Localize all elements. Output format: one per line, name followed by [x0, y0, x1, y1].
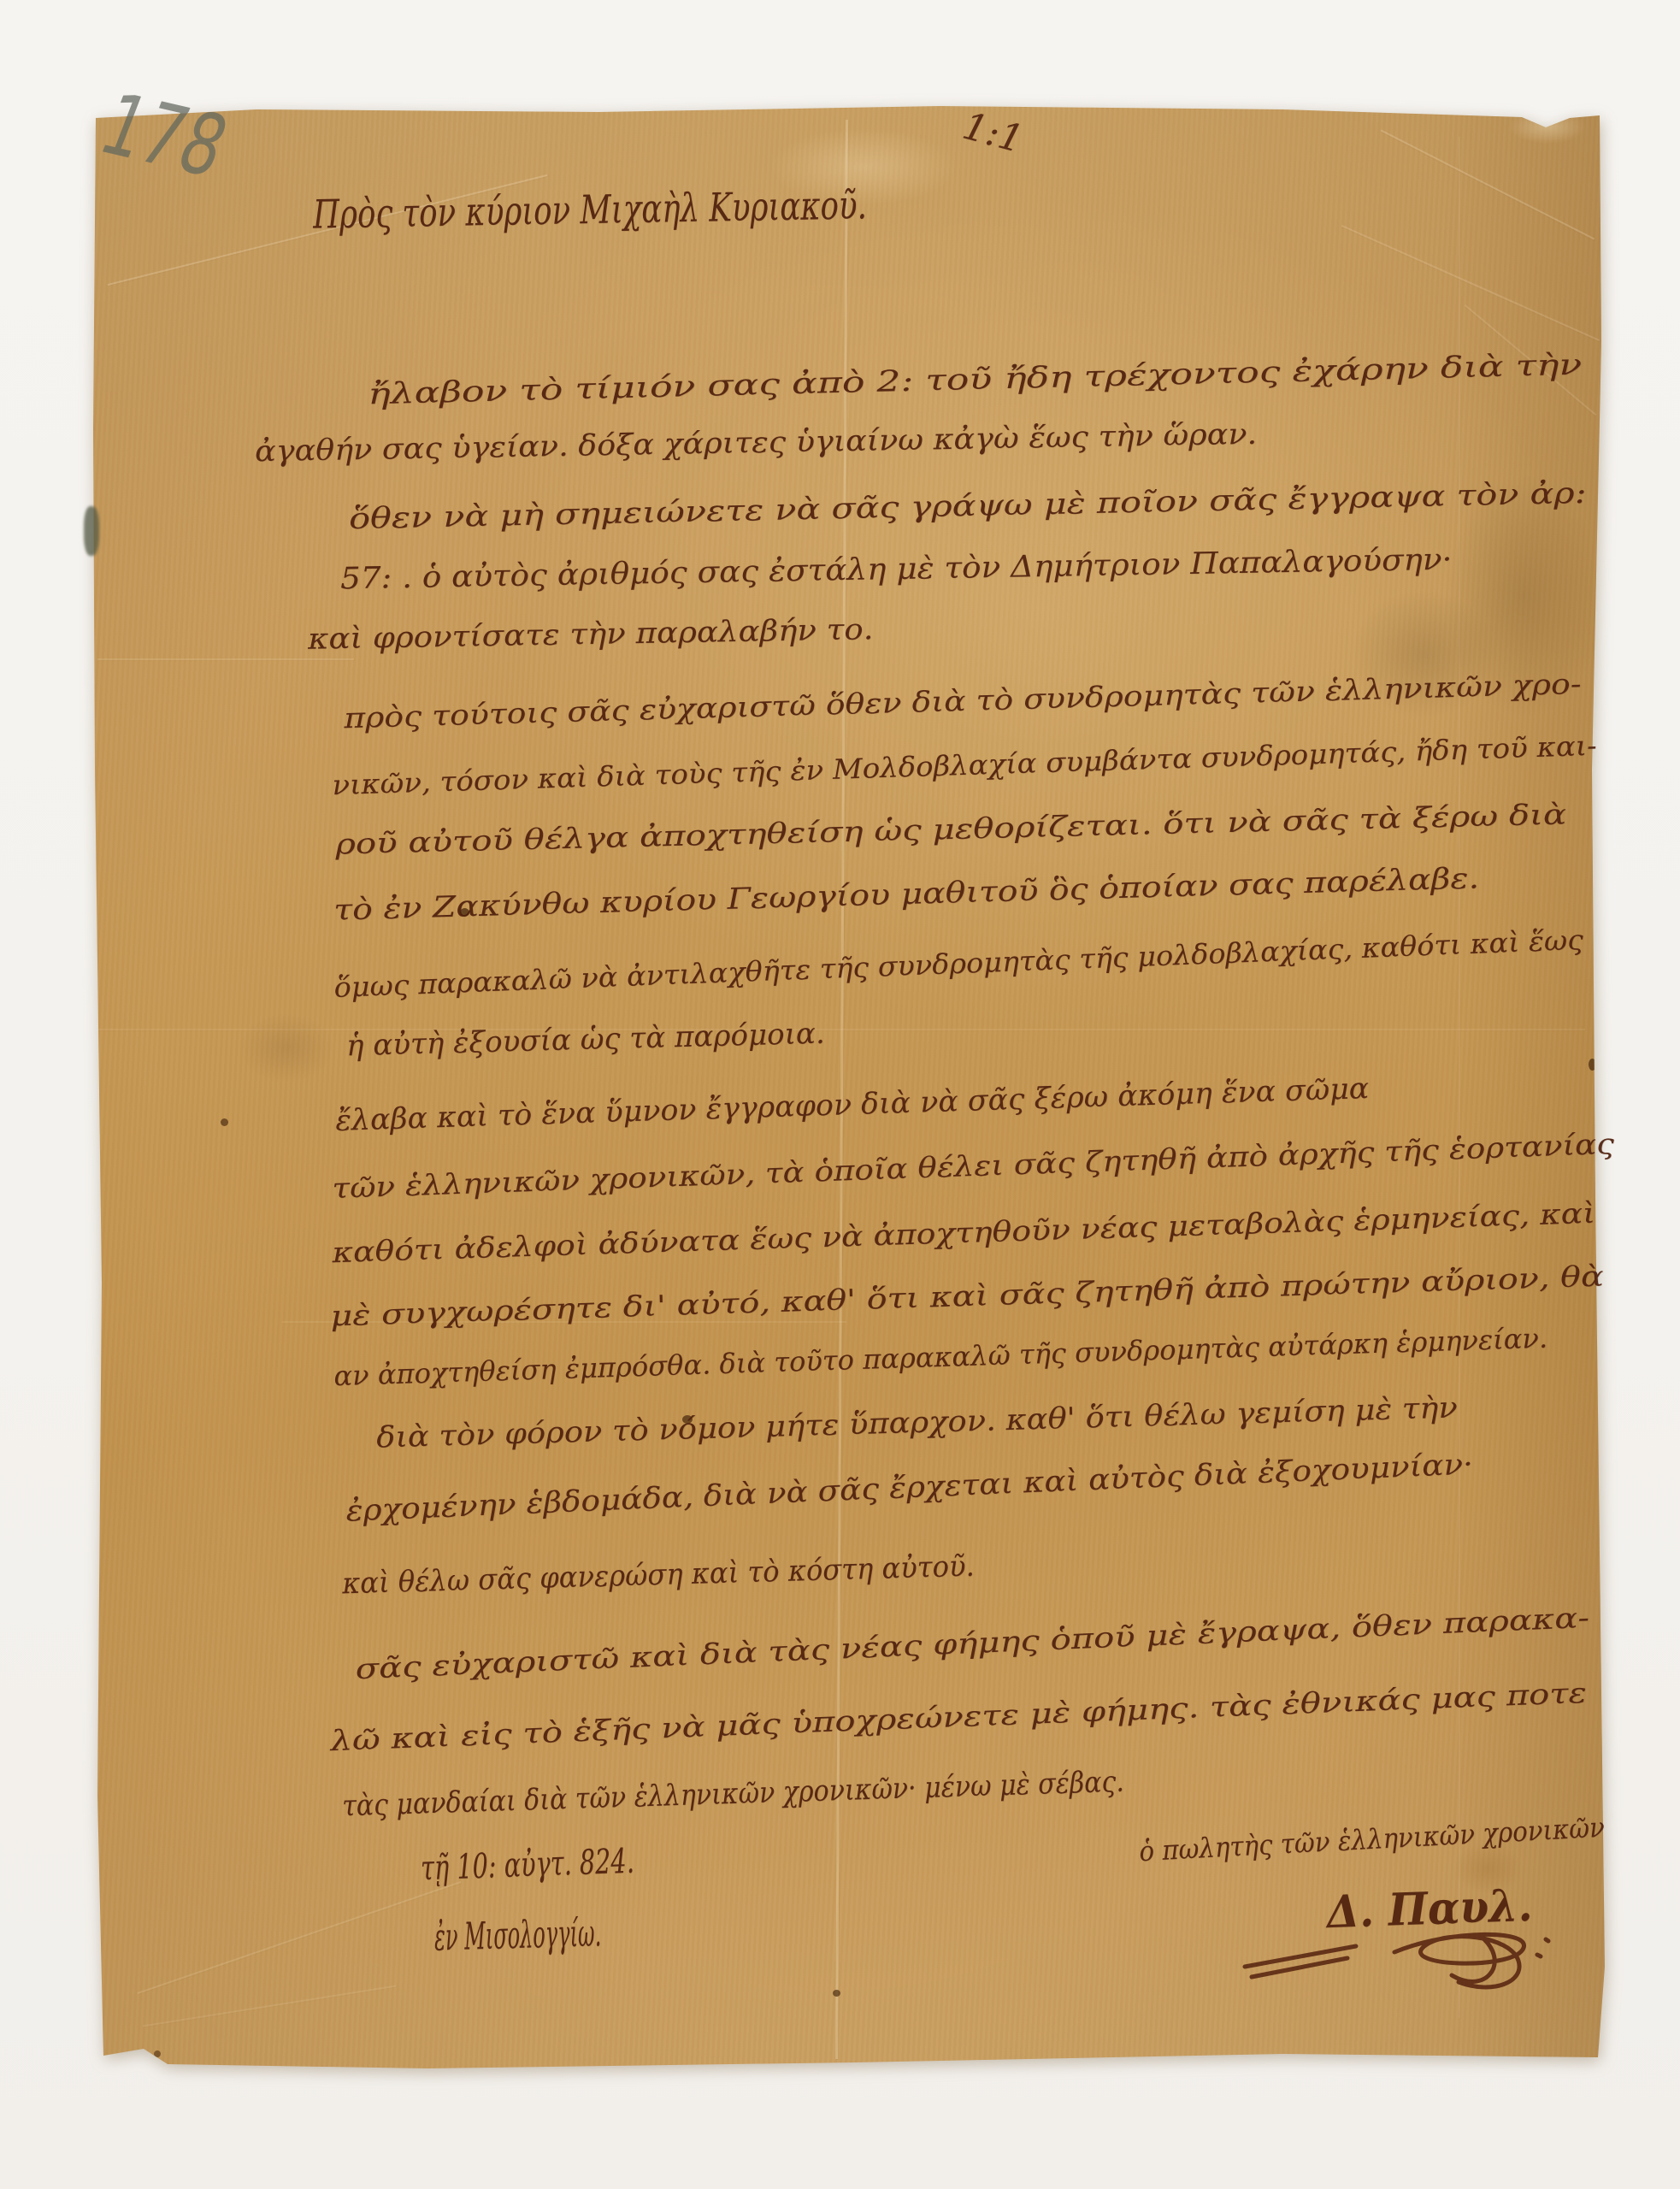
letter-dateline: τῇ 10: αὐγτ. 824.	[420, 1842, 634, 1889]
letter-place: ἐν Μισολογγίω.	[433, 1911, 601, 1959]
crease-horizontal-1	[97, 658, 354, 660]
fold-line-vertical-2	[1459, 137, 1460, 2018]
letter-scan: 178 1:1 Πρὸς τὸν κύριον Μιχαὴλ Κυριακοῦ.…	[0, 0, 1680, 2189]
ink-speck	[154, 2050, 161, 2057]
stain-corner-topright	[1509, 109, 1586, 144]
crease-bottomleft-2	[143, 1985, 397, 2027]
crease-topright-1	[1381, 130, 1595, 240]
crease-topright-2	[1341, 225, 1600, 341]
stain-left-mid	[239, 1013, 333, 1082]
edge-blob-left	[84, 506, 99, 556]
letter-heading: Πρὸς τὸν κύριον Μιχαὴλ Κυριακοῦ.	[313, 181, 868, 237]
crease-bottomleft-1	[138, 1881, 462, 1994]
signature-flourish	[1228, 1914, 1621, 2025]
edge-fleck-right	[1589, 1059, 1596, 1071]
ink-speck	[833, 1990, 840, 1997]
ink-speck	[221, 1118, 228, 1126]
